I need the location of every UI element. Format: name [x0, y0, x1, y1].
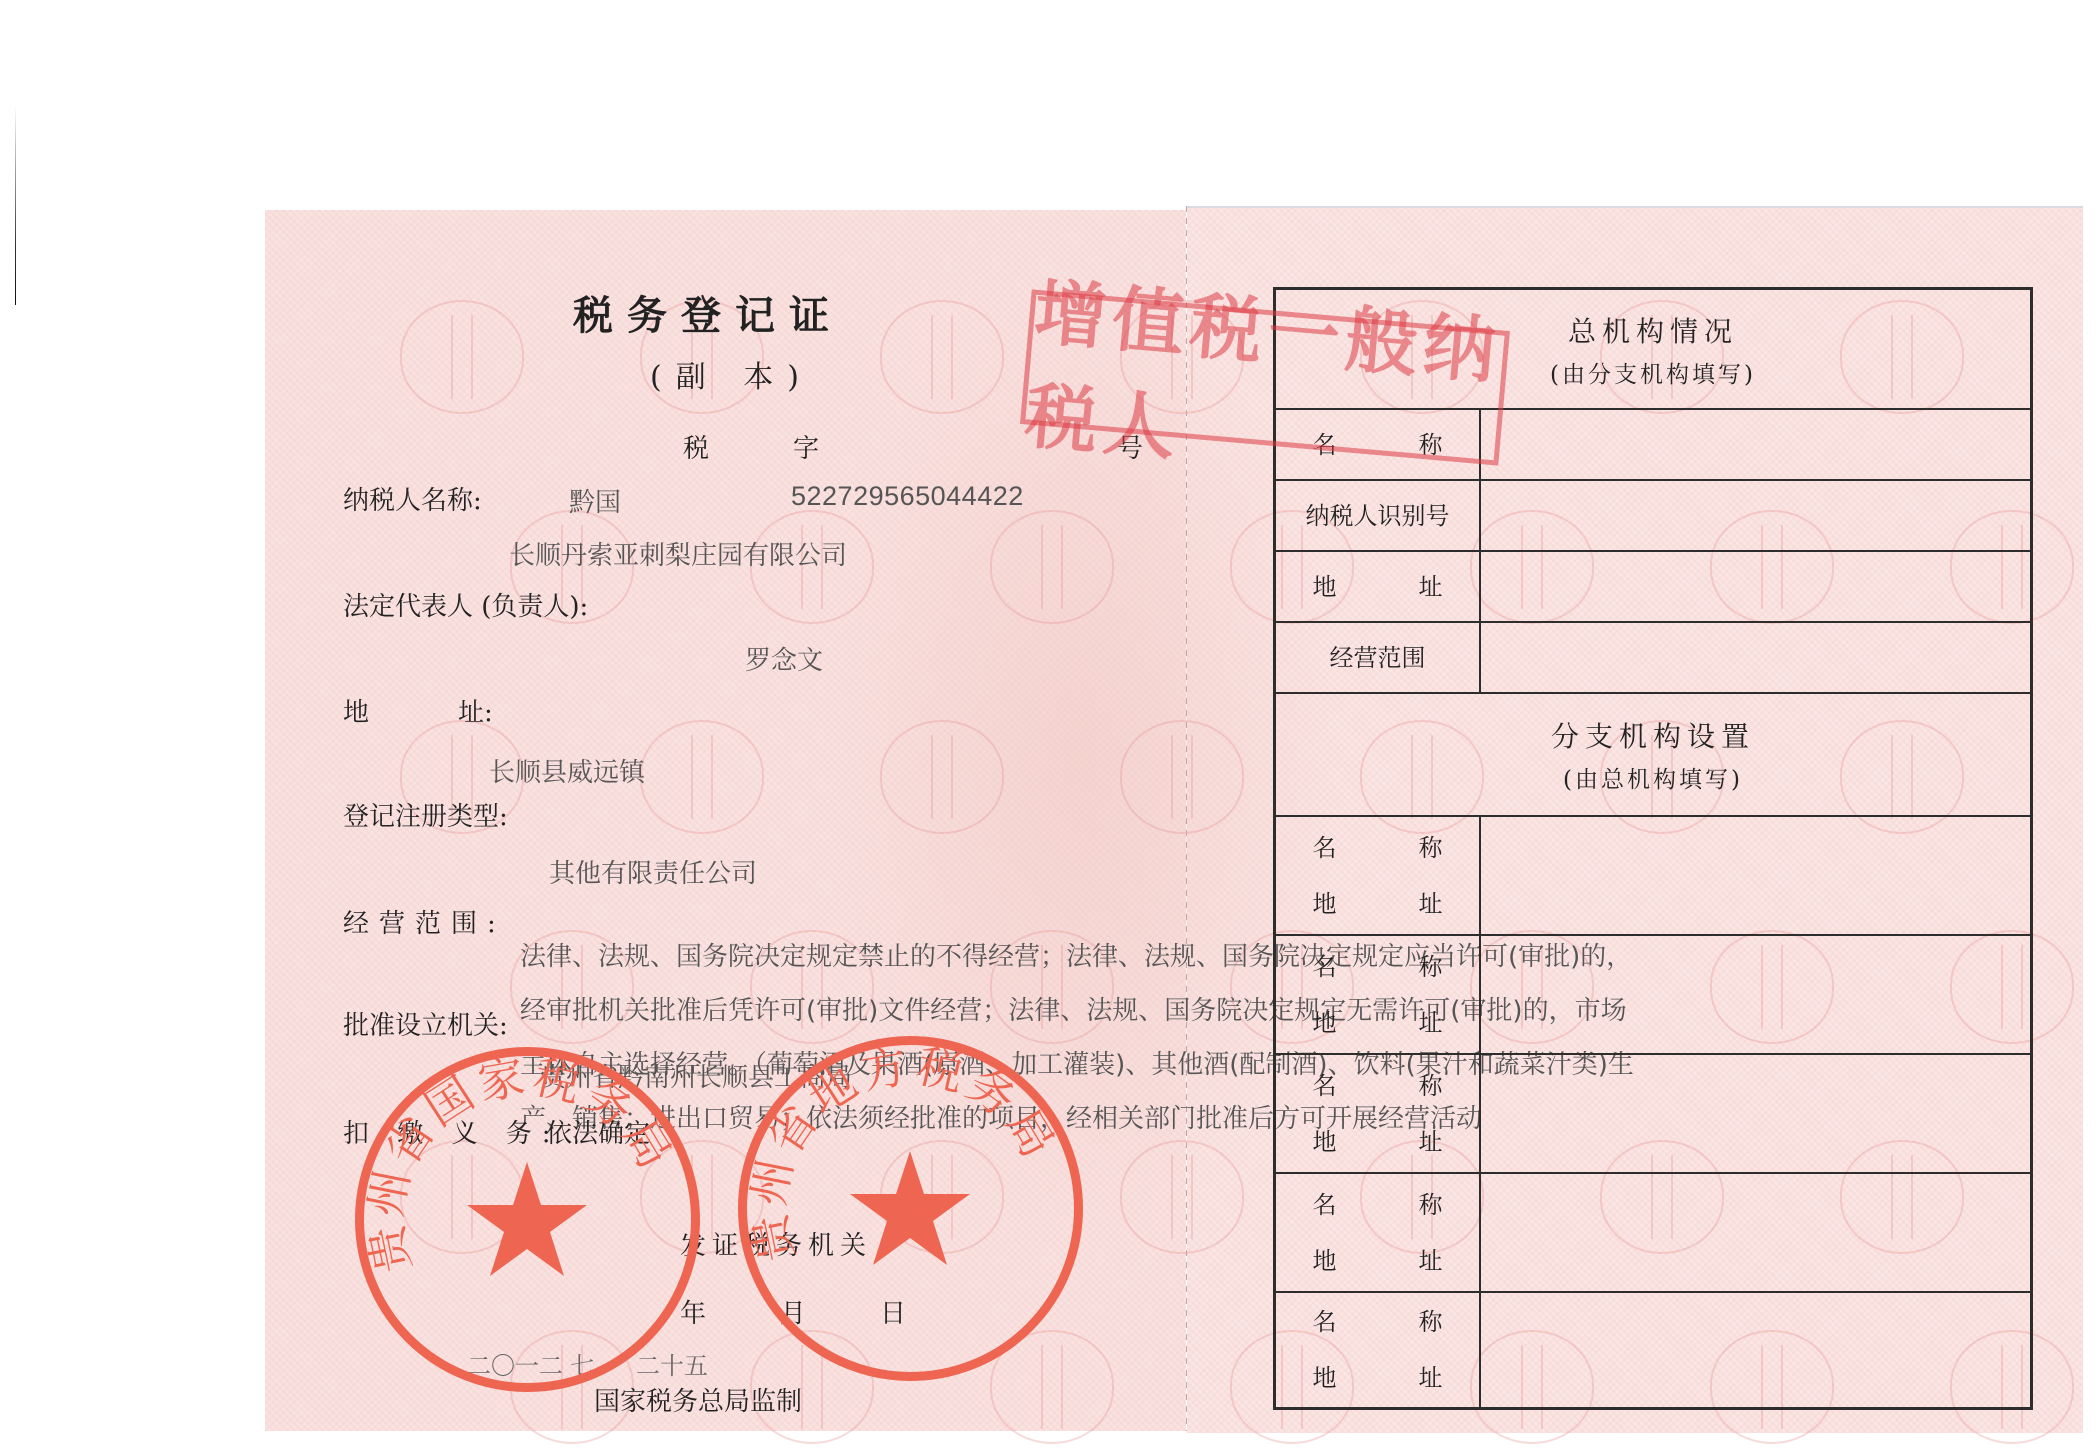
watermark-emblem-icon [1120, 1140, 1244, 1254]
reg-type-value: 其他有限责任公司 [549, 853, 757, 890]
head-office-name-field[interactable] [1481, 410, 2030, 479]
branch-name-label: 名称 [1313, 820, 1443, 876]
branch-value-field[interactable] [1481, 1293, 2030, 1407]
branch-address-label: 地址 [1313, 1114, 1443, 1170]
branch-value-field[interactable] [1481, 1055, 2030, 1172]
branches-section-header: 分支机构设置 (由总机构填写) [1276, 694, 2030, 817]
branch-address-label: 地址 [1313, 876, 1443, 932]
branches-title: 分支机构设置 [1551, 715, 1755, 755]
scan-edge [15, 105, 16, 305]
reg-type-label: 登记注册类型: [343, 796, 508, 833]
watermark-emblem-icon [880, 300, 1004, 414]
watermark-emblem-icon [1120, 720, 1244, 834]
branches-note: (由总机构填写) [1563, 761, 1743, 794]
taxpayer-name-label: 纳税人名称: [343, 480, 482, 517]
branch-value-field[interactable] [1481, 936, 2030, 1053]
address-label-1: 地 [343, 692, 369, 729]
branch-name-label: 名称 [1313, 1177, 1443, 1233]
watermark-emblem-icon [640, 720, 764, 834]
head-office-row: 地址 [1276, 552, 2030, 623]
branch-row: 名称地址 [1276, 1055, 2030, 1174]
tax-number-label-char-1: 税 [683, 428, 709, 465]
branch-row: 名称地址 [1276, 1174, 2030, 1293]
head-office-address-field[interactable] [1481, 552, 2030, 621]
head-office-row: 经营范围 [1276, 623, 2030, 694]
document-title: 税务登记证 [573, 284, 843, 341]
head-office-scope-field[interactable] [1481, 623, 2030, 692]
seal-provincial-national-tax: 贵州省国家税务局 [355, 1047, 700, 1392]
watermark-emblem-icon [990, 510, 1114, 624]
tax-id: 522729565044422 [791, 481, 1024, 512]
address-value: 长顺县威远镇 [489, 752, 645, 789]
tax-number-label-char-2: 字 [793, 428, 819, 465]
branch-address-label: 地址 [1313, 1233, 1443, 1289]
vat-general-taxpayer-stamp: 增值税一般纳税人 [1020, 289, 1510, 465]
seal-left-graphic: 贵州省国家税务局 [355, 1047, 700, 1392]
head-office-tax-id-field[interactable] [1481, 481, 2030, 550]
approval-label: 批准设立机关: [343, 1005, 508, 1042]
branch-address-label: 地址 [1313, 995, 1443, 1051]
branch-name-label: 名称 [1313, 939, 1443, 995]
branch-value-field[interactable] [1481, 817, 2030, 934]
branch-name-label: 名称 [1313, 1294, 1443, 1350]
head-office-title: 总机构情况 [1568, 310, 1738, 350]
watermark-emblem-icon [400, 300, 524, 414]
taxpayer-name: 长顺丹索亚刺梨庄园有限公司 [509, 535, 847, 572]
legal-rep-label: 法定代表人 (负责人): [343, 586, 588, 623]
row-label: 经营范围 [1330, 630, 1426, 686]
seal-right-graphic: 贵州省地方税务局 [738, 1036, 1083, 1381]
branch-value-field[interactable] [1481, 1174, 2030, 1291]
watermark-emblem-icon [880, 720, 1004, 834]
branch-row: 名称地址 [1276, 936, 2030, 1055]
branch-address-label: 地址 [1313, 1350, 1443, 1406]
branch-name-label: 名称 [1313, 1058, 1443, 1114]
address-label-2: 址: [458, 692, 493, 729]
scope-label: 经营范围: [343, 903, 506, 940]
branch-row: 名称地址 [1276, 1293, 2030, 1407]
seal-provincial-local-tax: 贵州省地方税务局 [738, 1036, 1083, 1381]
tax-prefix: 黔国 [569, 482, 621, 519]
legal-rep: 罗念文 [745, 640, 823, 677]
document-subtitle: (副 本) [650, 352, 813, 396]
row-label: 地址 [1313, 559, 1443, 615]
branch-row: 名称地址 [1276, 817, 2030, 936]
head-office-note: (由分支机构填写) [1550, 356, 1756, 389]
